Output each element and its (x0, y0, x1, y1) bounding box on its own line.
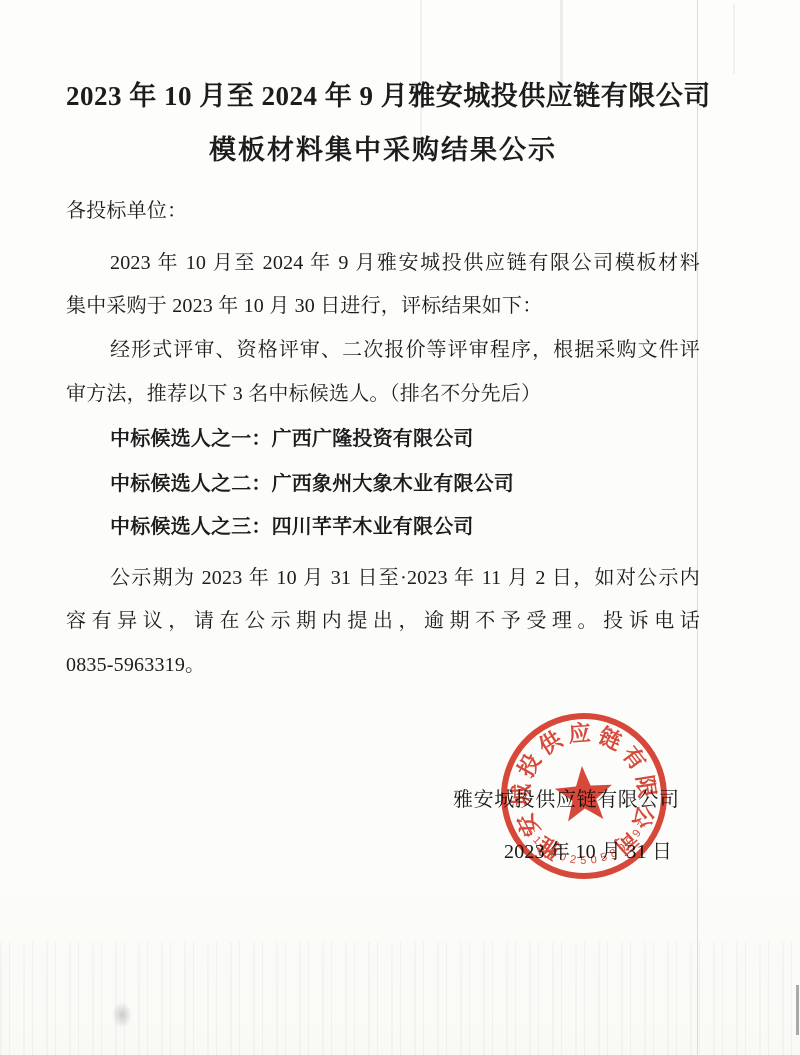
seal-star-icon (553, 764, 614, 822)
paragraph2-line2: 审方法，推荐以下 3 名中标候选人。（排名不分先后） (66, 379, 700, 409)
page-title-line2: 模板材料集中采购结果公示 (66, 132, 700, 168)
paragraph1-line2: 集中采购于 2023 年 10 月 30 日进行，评标结果如下： (66, 291, 700, 321)
page-title-line1: 2023 年 10 月至 2024 年 9 月雅安城投供应链有限公司 (66, 78, 700, 114)
svg-text:限: 限 (632, 773, 660, 800)
salutation: 各投标单位： (66, 196, 700, 226)
complaint-phone-line: 0835-5963319。 (66, 650, 700, 680)
svg-text:2: 2 (569, 854, 577, 867)
paragraph1-line1: 2023 年 10 月至 2024 年 9 月雅安城投供应链有限公司模板材料 (66, 248, 700, 278)
svg-text:5: 5 (580, 855, 586, 867)
candidate-line-1: 中标候选人之一：广西广隆投资有限公司 (66, 424, 700, 454)
scan-artifact (796, 985, 799, 1035)
scan-artifact (733, 4, 735, 74)
svg-text:5: 5 (599, 851, 609, 864)
paragraph3-line2: 容有异议，请在公示期内提出，逾期不予受理。投诉电话 (66, 606, 700, 636)
paragraph2-line1: 经形式评审、资格评审、二次报价等评审程序，根据采购文件评 (66, 335, 700, 365)
candidate-line-3: 中标候选人之三：四川芊芊木业有限公司 (66, 512, 700, 542)
official-seal: 雅安城投供应链有限公司 51180250589097 (492, 704, 676, 888)
svg-text:应: 应 (568, 719, 592, 746)
paragraph3-line1: 公示期为 2023 年 10 月 31 日至·2023 年 11 月 2 日，如… (66, 563, 700, 593)
scan-artifact (112, 1002, 132, 1028)
scan-artifact (0, 942, 800, 1055)
scanned-notice-page: 2023 年 10 月至 2024 年 9 月雅安城投供应链有限公司 模板材料集… (0, 0, 800, 1055)
svg-text:0: 0 (590, 854, 598, 867)
candidate-line-2: 中标候选人之二：广西象州大象木业有限公司 (66, 469, 700, 499)
svg-text:城: 城 (509, 783, 534, 806)
